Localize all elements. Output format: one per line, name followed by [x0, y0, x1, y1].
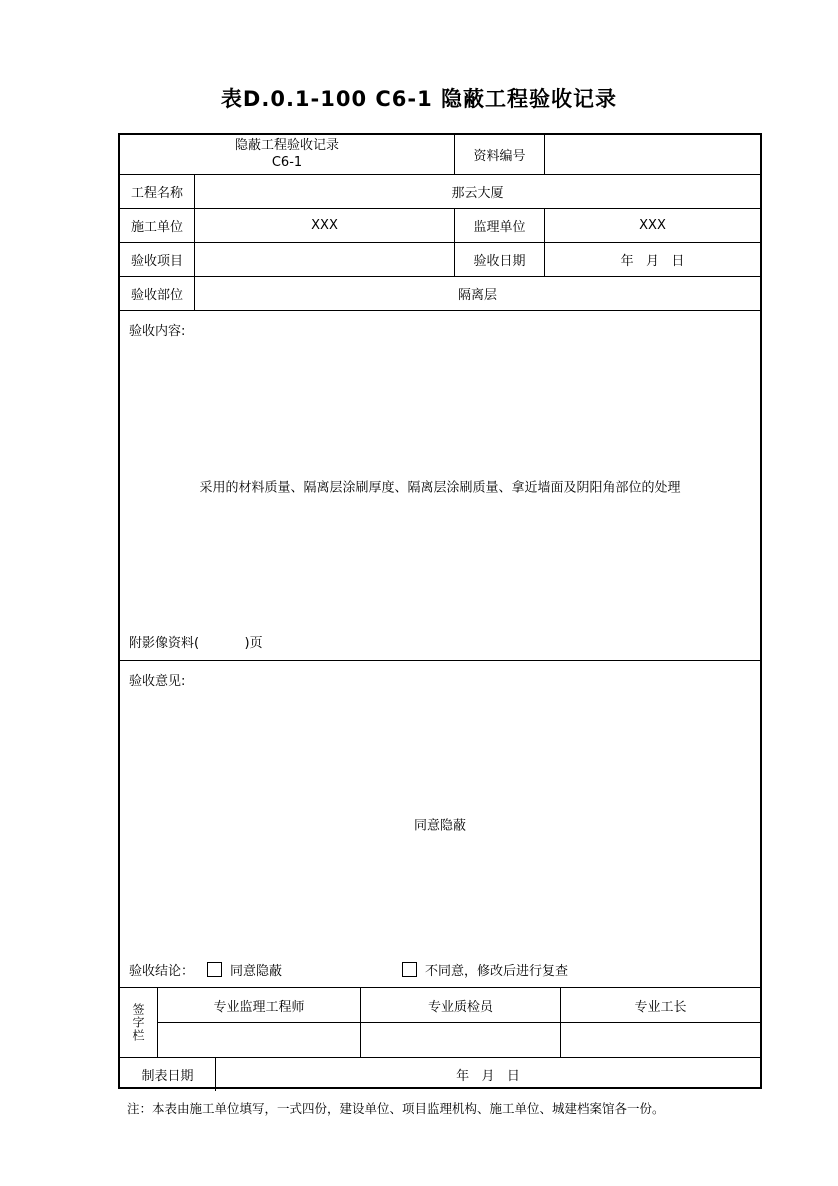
- contractor-value: XXX: [194, 209, 454, 242]
- supervising-engineer-signature: [158, 1023, 360, 1057]
- conclusion-row: 验收结论： 同意隐蔽 不同意，修改后进行复查: [129, 960, 568, 979]
- form-name-line1: 隐蔽工程验收记录: [235, 138, 339, 155]
- item-date-row: 验收项目 验收日期 年 月 日: [120, 242, 760, 276]
- footer-note: 注：本表由施工单位填写，一式四份，建设单位、项目监理机构、施工单位、城建档案馆各…: [127, 1099, 787, 1117]
- part-value: 隔离层: [194, 277, 760, 310]
- item-label: 验收项目: [120, 243, 194, 276]
- project-row: 工程名称 那云大厦: [120, 174, 760, 208]
- made-date-row: 制表日期 年 月 日: [120, 1057, 760, 1091]
- opinion-cell: 验收意见: 同意隐蔽 验收结论： 同意隐蔽 不同意，修改后进行复查: [120, 660, 760, 987]
- header-row: 隐蔽工程验收记录 C6-1 资料编号: [120, 135, 760, 174]
- agree-checkbox[interactable]: [207, 962, 222, 977]
- acceptance-date-value: 年 月 日: [544, 243, 760, 276]
- form-name-cell: 隐蔽工程验收记录 C6-1: [120, 135, 454, 174]
- part-label: 验收部位: [120, 277, 194, 310]
- content-label: 验收内容:: [129, 320, 185, 339]
- quality-inspector-signature: [360, 1023, 560, 1057]
- agree-option-label: 同意隐蔽: [230, 960, 282, 979]
- acceptance-record-table: 隐蔽工程验收记录 C6-1 资料编号 工程名称 那云大厦 施工单位 XXX 监理…: [118, 133, 762, 1089]
- project-label: 工程名称: [120, 175, 194, 208]
- foreman-header: 专业工长: [560, 988, 760, 1022]
- conclusion-label: 验收结论：: [129, 960, 194, 979]
- disagree-option-label: 不同意，修改后进行复查: [425, 960, 568, 979]
- units-row: 施工单位 XXX 监理单位 XXX: [120, 208, 760, 242]
- opinion-label: 验收意见:: [129, 670, 185, 689]
- signature-section-label: 签字栏: [120, 988, 157, 1057]
- supervisor-value: XXX: [544, 209, 760, 242]
- opinion-text: 同意隐蔽: [120, 815, 760, 834]
- doc-no-label: 资料编号: [454, 135, 544, 174]
- supervisor-label: 监理单位: [454, 209, 544, 242]
- item-value: [194, 243, 454, 276]
- contractor-label: 施工单位: [120, 209, 194, 242]
- signature-header-row: 专业监理工程师 专业质检员 专业工长: [158, 988, 760, 1022]
- made-date-label: 制表日期: [120, 1058, 215, 1091]
- attachment-pages: 附影像资料( )页: [129, 632, 263, 651]
- part-row: 验收部位 隔离层: [120, 276, 760, 310]
- foreman-signature: [560, 1023, 760, 1057]
- quality-inspector-header: 专业质检员: [360, 988, 560, 1022]
- page-title: 表D.0.1-100 C6-1 隐蔽工程验收记录: [0, 83, 838, 113]
- content-cell: 验收内容: 采用的材料质量、隔离层涂刷厚度、隔离层涂刷质量、拿近墙面及阴阳角部位…: [120, 310, 760, 660]
- made-date-value: 年 月 日: [215, 1058, 760, 1091]
- project-value: 那云大厦: [194, 175, 760, 208]
- form-name-line2: C6-1: [272, 155, 302, 172]
- supervising-engineer-header: 专业监理工程师: [158, 988, 360, 1022]
- doc-no-value: [544, 135, 760, 174]
- disagree-checkbox[interactable]: [402, 962, 417, 977]
- signature-blank-row: [158, 1022, 760, 1057]
- signature-section: 签字栏 专业监理工程师 专业质检员 专业工长: [120, 987, 760, 1057]
- content-text: 采用的材料质量、隔离层涂刷厚度、隔离层涂刷质量、拿近墙面及阴阳角部位的处理: [120, 476, 760, 495]
- acceptance-date-label: 验收日期: [454, 243, 544, 276]
